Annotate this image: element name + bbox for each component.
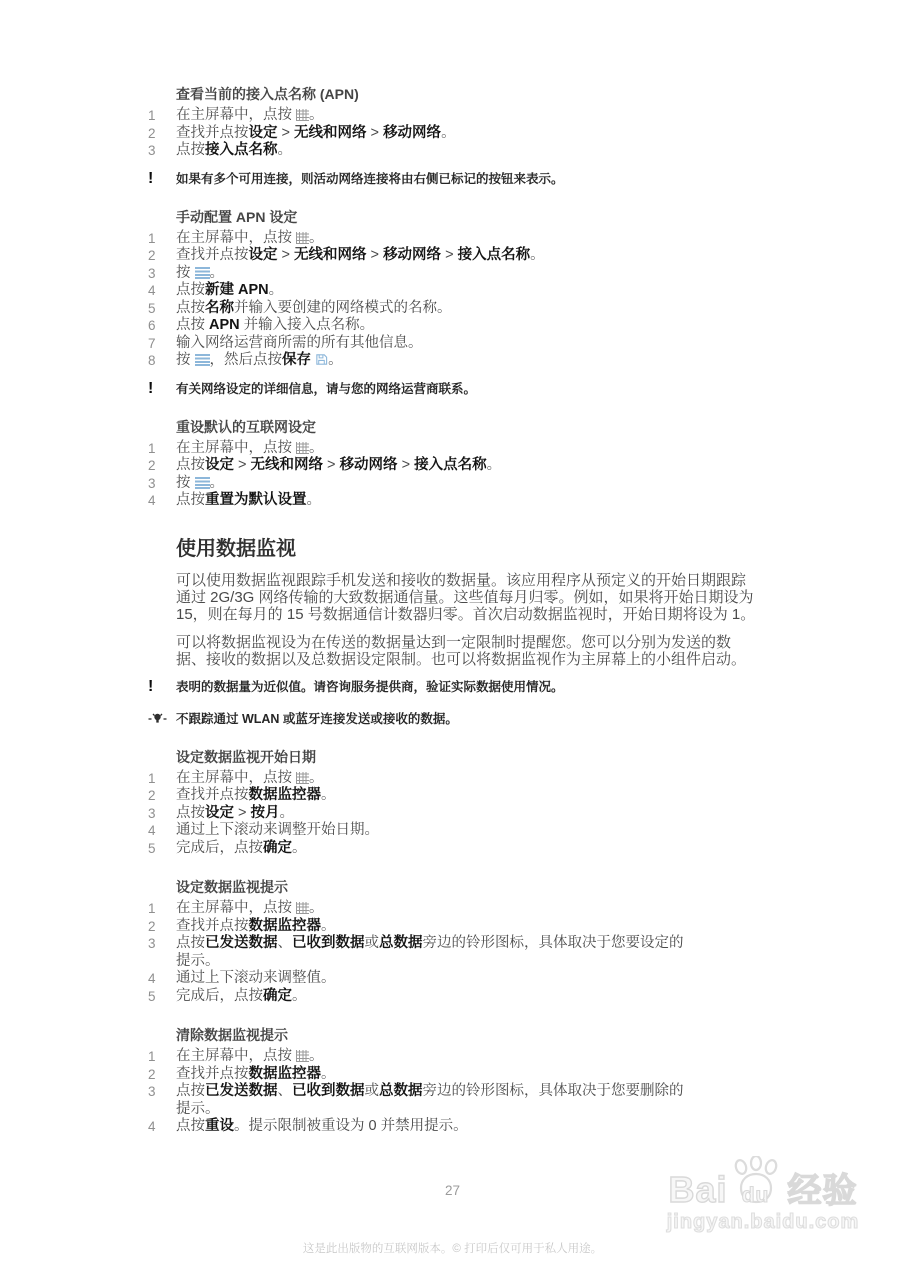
step-text: 按 ，然后点按保存 。 <box>176 352 691 370</box>
step-text-segment: 查找并点按 <box>176 247 249 263</box>
step-text-segment: 完成后，点按 <box>176 840 263 856</box>
step-text-segment: 。 <box>309 440 324 456</box>
section-heading: 使用数据监视 <box>176 537 905 561</box>
step-item: 5完成后，点按确定。 <box>148 840 905 858</box>
step-text-segment: 。 <box>280 805 295 821</box>
step-text-segment: 通过上下滚动来调整开始日期。 <box>176 822 379 838</box>
step-text-segment: 点按 <box>176 805 205 821</box>
step-text-segment: 、 <box>278 1083 293 1099</box>
apps-grid-icon <box>296 770 309 788</box>
step-text: 查找并点按设定 > 无线和网络 > 移动网络。 <box>176 125 691 143</box>
step-number: 4 <box>148 822 176 840</box>
bold-text: 总数据 <box>379 1083 423 1099</box>
step-text-segment: > <box>323 457 340 473</box>
step-item: 3按 。 <box>148 265 905 283</box>
bold-text: 接入点名称 <box>458 247 531 263</box>
step-item: 5点按名称并输入要创建的网络模式的名称。 <box>148 300 905 318</box>
step-text-segment: 在主屏幕中，点按 <box>176 230 296 246</box>
step-text: 点按重设。提示限制被重设为 0 并禁用提示。 <box>176 1118 691 1136</box>
step-text-segment: > <box>234 457 251 473</box>
step-item: 7输入网络运营商所需的所有其他信息。 <box>148 335 905 353</box>
bold-text: 移动网络 <box>383 125 441 141</box>
procedure-section: 重设默认的互联网设定1在主屏幕中，点按 。2点按设定 > 无线和网络 > 移动网… <box>148 419 905 510</box>
exclamation-icon: ! <box>148 171 176 187</box>
step-item: 2点按设定 > 无线和网络 > 移动网络 > 接入点名称。 <box>148 457 905 475</box>
step-text-segment: 并输入接入点名称。 <box>240 317 375 333</box>
bold-text: 重置为默认设置 <box>205 492 307 508</box>
step-text-segment: 按 <box>176 352 195 368</box>
menu-icon <box>195 352 210 370</box>
step-text-segment: ，然后点按 <box>210 352 283 368</box>
step-text-segment: 点按 <box>176 300 205 316</box>
step-item: 3点按已发送数据、已收到数据或总数据旁边的铃形图标，具体取决于您要设定的提示。 <box>148 935 905 970</box>
bold-text: 已发送数据 <box>205 1083 278 1099</box>
step-text: 点按 APN 并输入接入点名称。 <box>176 317 691 335</box>
bold-text: 已收到数据 <box>292 1083 365 1099</box>
step-number: 5 <box>148 988 176 1006</box>
step-text: 在主屏幕中，点按 。 <box>176 900 691 918</box>
step-number: 3 <box>148 475 176 493</box>
step-text-segment: 。 <box>309 107 324 123</box>
step-number: 1 <box>148 107 176 125</box>
apps-grid-icon <box>296 900 309 918</box>
step-text-segment: 按 <box>176 265 195 281</box>
step-item: 1在主屏幕中，点按 。 <box>148 440 905 458</box>
save-icon <box>315 352 328 370</box>
bold-text: 名称 <box>205 300 234 316</box>
step-text-segment: 点按 <box>176 317 209 333</box>
body-paragraph: 可以将数据监视设为在传送的数据量达到一定限制时提醒您。您可以分别为发送的数据、接… <box>176 634 758 668</box>
step-text-segment: 。 <box>210 265 225 281</box>
step-text: 输入网络运营商所需的所有其他信息。 <box>176 335 691 353</box>
step-text: 按 。 <box>176 475 691 493</box>
callout-text: 表明的数据量为近似值。请咨询服务提供商，验证实际数据使用情况。 <box>176 679 736 695</box>
step-text-segment: 点按 <box>176 935 205 951</box>
step-text: 点按已发送数据、已收到数据或总数据旁边的铃形图标，具体取决于您要删除的提示。 <box>176 1083 691 1118</box>
step-number: 4 <box>148 970 176 988</box>
bold-text: APN <box>209 317 240 333</box>
step-text-segment: 点按 <box>176 1118 205 1134</box>
step-text-segment: 。 <box>309 900 324 916</box>
step-number: 7 <box>148 335 176 353</box>
step-text-segment: 或 <box>365 1083 380 1099</box>
procedure-section: 手动配置 APN 设定1在主屏幕中，点按 。2查找并点按设定 > 无线和网络 >… <box>148 209 905 397</box>
page-content: 查看当前的接入点名称 (APN)1在主屏幕中，点按 。2查找并点按设定 > 无线… <box>0 0 905 1136</box>
step-text: 通过上下滚动来调整开始日期。 <box>176 822 691 840</box>
step-text: 点按已发送数据、已收到数据或总数据旁边的铃形图标，具体取决于您要设定的提示。 <box>176 935 691 970</box>
step-text: 通过上下滚动来调整值。 <box>176 970 691 988</box>
step-number: 4 <box>148 282 176 300</box>
bold-text: 已发送数据 <box>205 935 278 951</box>
watermark-url: jingyan.baidu.com <box>625 1211 901 1234</box>
procedure-section: 清除数据监视提示1在主屏幕中，点按 。2查找并点按数据监控器。3点按已发送数据、… <box>148 1027 905 1136</box>
step-item: 1在主屏幕中，点按 。 <box>148 1048 905 1066</box>
paw-icon: du <box>728 1156 784 1208</box>
step-number: 2 <box>148 125 176 143</box>
step-number: 2 <box>148 918 176 936</box>
step-text-segment: 。 <box>292 840 307 856</box>
note-callout: !表明的数据量为近似值。请咨询服务提供商，验证实际数据使用情况。 <box>148 679 905 695</box>
watermark-brand: Bai du 经验 <box>625 1156 901 1208</box>
bold-text: 保存 <box>282 352 311 368</box>
bold-text: 数据监控器 <box>249 1066 322 1082</box>
step-text-segment: > <box>278 125 295 141</box>
callout-text: 不跟踪通过 WLAN 或蓝牙连接发送或接收的数据。 <box>176 711 736 727</box>
step-item: 4点按新建 APN。 <box>148 282 905 300</box>
step-text: 点按接入点名称。 <box>176 142 691 160</box>
step-text-segment: 。 <box>309 230 324 246</box>
step-text-segment: 在主屏幕中，点按 <box>176 1048 296 1064</box>
step-number: 3 <box>148 265 176 283</box>
step-text-segment: 查找并点按 <box>176 1066 249 1082</box>
step-text-segment: 点按 <box>176 457 205 473</box>
step-number: 2 <box>148 1066 176 1084</box>
step-text: 查找并点按数据监控器。 <box>176 1066 691 1084</box>
step-text-segment: 点按 <box>176 492 205 508</box>
step-number: 1 <box>148 230 176 248</box>
step-item: 1在主屏幕中，点按 。 <box>148 770 905 788</box>
bold-text: 已收到数据 <box>292 935 365 951</box>
bold-text: 总数据 <box>379 935 423 951</box>
step-text: 点按重置为默认设置。 <box>176 492 691 510</box>
step-item: 2查找并点按设定 > 无线和网络 > 移动网络。 <box>148 125 905 143</box>
step-item: 2查找并点按数据监控器。 <box>148 918 905 936</box>
step-text: 按 。 <box>176 265 691 283</box>
step-text-segment: 在主屏幕中，点按 <box>176 107 296 123</box>
step-text-segment: 完成后，点按 <box>176 988 263 1004</box>
step-text-segment: 并输入要创建的网络模式的名称。 <box>234 300 452 316</box>
step-text: 点按名称并输入要创建的网络模式的名称。 <box>176 300 691 318</box>
step-text-segment: 。 <box>309 770 324 786</box>
step-text: 在主屏幕中，点按 。 <box>176 230 691 248</box>
step-text-segment: 。 <box>269 282 284 298</box>
apps-grid-icon <box>296 107 309 125</box>
step-text-segment: 在主屏幕中，点按 <box>176 770 296 786</box>
step-text: 查找并点按设定 > 无线和网络 > 移动网络 > 接入点名称。 <box>176 247 691 265</box>
step-text-segment: > <box>367 247 384 263</box>
apps-grid-icon <box>296 230 309 248</box>
menu-icon <box>195 265 210 283</box>
exclamation-icon: ! <box>148 381 176 397</box>
step-text-segment: 查找并点按 <box>176 125 249 141</box>
bold-text: 新建 APN <box>205 282 269 298</box>
step-item: 3点按已发送数据、已收到数据或总数据旁边的铃形图标，具体取决于您要删除的提示。 <box>148 1083 905 1118</box>
procedure-title: 重设默认的互联网设定 <box>176 419 905 436</box>
step-number: 3 <box>148 1083 176 1118</box>
note-callout: !有关网络设定的详细信息，请与您的网络运营商联系。 <box>148 381 905 397</box>
step-text-segment: 或 <box>365 935 380 951</box>
apps-grid-icon <box>296 1048 309 1066</box>
procedure-title: 查看当前的接入点名称 (APN) <box>176 86 905 103</box>
step-number: 3 <box>148 805 176 823</box>
apps-grid-icon <box>296 440 309 458</box>
procedure-title: 手动配置 APN 设定 <box>176 209 905 226</box>
step-text-segment: > <box>278 247 295 263</box>
step-text: 点按设定 > 按月。 <box>176 805 691 823</box>
bold-text: 数据监控器 <box>249 918 322 934</box>
step-text-segment: > <box>367 125 384 141</box>
step-number: 5 <box>148 300 176 318</box>
bold-text: 按月 <box>251 805 280 821</box>
callout-text: 有关网络设定的详细信息，请与您的网络运营商联系。 <box>176 381 736 397</box>
step-item: 3点按接入点名称。 <box>148 142 905 160</box>
procedure-title: 清除数据监视提示 <box>176 1027 905 1044</box>
step-item: 2查找并点按数据监控器。 <box>148 787 905 805</box>
exclamation-icon: ! <box>148 679 176 695</box>
watermark-text-bai: Bai <box>668 1172 727 1208</box>
step-text: 点按新建 APN。 <box>176 282 691 300</box>
bold-text: 数据监控器 <box>249 787 322 803</box>
step-item: 4点按重设。提示限制被重设为 0 并禁用提示。 <box>148 1118 905 1136</box>
step-number: 3 <box>148 935 176 970</box>
procedure-title: 设定数据监视开始日期 <box>176 749 905 766</box>
step-text-segment: 查找并点按 <box>176 787 249 803</box>
step-text-segment: 、 <box>278 935 293 951</box>
step-text-segment: 。 <box>530 247 545 263</box>
step-text: 完成后，点按确定。 <box>176 988 691 1006</box>
step-item: 1在主屏幕中，点按 。 <box>148 900 905 918</box>
tip-callout: 不跟踪通过 WLAN 或蓝牙连接发送或接收的数据。 <box>148 711 905 727</box>
step-item: 5完成后，点按确定。 <box>148 988 905 1006</box>
bold-text: 设定 <box>249 125 278 141</box>
step-text-segment: 点按 <box>176 282 205 298</box>
step-text-segment: 。 <box>210 475 225 491</box>
watermark-text-du: du <box>742 1185 770 1206</box>
copyright-line: 这是此出版物的互联网版本。© 打印后仅可用于私人用途。 <box>0 1240 905 1256</box>
lightbulb-icon <box>148 711 176 727</box>
step-text-segment: > <box>441 247 458 263</box>
step-text: 在主屏幕中，点按 。 <box>176 107 691 125</box>
procedure-section: 查看当前的接入点名称 (APN)1在主屏幕中，点按 。2查找并点按设定 > 无线… <box>148 86 905 187</box>
step-text-segment: 。 <box>278 142 293 158</box>
step-text-segment: 。 <box>321 1066 336 1082</box>
bold-text: 重设 <box>205 1118 234 1134</box>
step-number: 4 <box>148 1118 176 1136</box>
step-text: 完成后，点按确定。 <box>176 840 691 858</box>
baidu-jingyan-watermark: Bai du 经验 jingyan.baidu.com <box>625 1156 901 1234</box>
bold-text: 确定 <box>263 840 292 856</box>
step-number: 4 <box>148 492 176 510</box>
step-item: 3点按设定 > 按月。 <box>148 805 905 823</box>
step-text: 在主屏幕中，点按 。 <box>176 440 691 458</box>
step-text: 点按设定 > 无线和网络 > 移动网络 > 接入点名称。 <box>176 457 691 475</box>
step-text-segment: 在主屏幕中，点按 <box>176 900 296 916</box>
step-number: 2 <box>148 457 176 475</box>
step-number: 2 <box>148 247 176 265</box>
step-item: 4通过上下滚动来调整开始日期。 <box>148 822 905 840</box>
bold-text: 设定 <box>249 247 278 263</box>
manual-page: 查看当前的接入点名称 (APN)1在主屏幕中，点按 。2查找并点按设定 > 无线… <box>0 0 905 1280</box>
step-text-segment: 。 <box>328 352 343 368</box>
bold-text: 无线和网络 <box>294 125 367 141</box>
step-item: 2查找并点按数据监控器。 <box>148 1066 905 1084</box>
step-text-segment: > <box>398 457 415 473</box>
step-item: 8按 ，然后点按保存 。 <box>148 352 905 370</box>
callout-text: 如果有多个可用连接，则活动网络连接将由右侧已标记的按钮来表示。 <box>176 171 736 187</box>
step-number: 1 <box>148 900 176 918</box>
step-text-segment: 输入网络运营商所需的所有其他信息。 <box>176 335 423 351</box>
step-text-segment: 。 <box>309 1048 324 1064</box>
bold-text: 移动网络 <box>340 457 398 473</box>
bold-text: 接入点名称 <box>205 142 278 158</box>
step-number: 1 <box>148 1048 176 1066</box>
step-text-segment: 。 <box>487 457 502 473</box>
step-text-segment: 。 <box>292 988 307 1004</box>
step-item: 1在主屏幕中，点按 。 <box>148 107 905 125</box>
step-item: 4通过上下滚动来调整值。 <box>148 970 905 988</box>
step-number: 5 <box>148 840 176 858</box>
bold-text: 无线和网络 <box>294 247 367 263</box>
bold-text: 移动网络 <box>383 247 441 263</box>
step-text-segment: 。 <box>441 125 456 141</box>
procedure-title: 设定数据监视提示 <box>176 879 905 896</box>
step-text-segment: 。 <box>321 787 336 803</box>
step-text-segment: 点按 <box>176 1083 205 1099</box>
step-number: 8 <box>148 352 176 370</box>
step-text-segment: 。 <box>321 918 336 934</box>
bold-text: 确定 <box>263 988 292 1004</box>
bold-text: 设定 <box>205 457 234 473</box>
step-text: 在主屏幕中，点按 。 <box>176 770 691 788</box>
step-item: 2查找并点按设定 > 无线和网络 > 移动网络 > 接入点名称。 <box>148 247 905 265</box>
watermark-text-jingyan: 经验 <box>788 1174 858 1208</box>
bold-text: 无线和网络 <box>251 457 324 473</box>
step-text: 查找并点按数据监控器。 <box>176 918 691 936</box>
step-number: 3 <box>148 142 176 160</box>
step-number: 1 <box>148 770 176 788</box>
step-text-segment: > <box>234 805 251 821</box>
step-item: 1在主屏幕中，点按 。 <box>148 230 905 248</box>
step-item: 3按 。 <box>148 475 905 493</box>
body-paragraph: 可以使用数据监视跟踪手机发送和接收的数据量。该应用程序从预定义的开始日期跟踪通过… <box>176 572 758 623</box>
step-number: 2 <box>148 787 176 805</box>
step-number: 6 <box>148 317 176 335</box>
procedure-section: 设定数据监视开始日期1在主屏幕中，点按 。2查找并点按数据监控器。3点按设定 >… <box>148 749 905 858</box>
step-text-segment: 。 <box>307 492 322 508</box>
step-number: 1 <box>148 440 176 458</box>
bold-text: 接入点名称 <box>414 457 487 473</box>
step-text-segment: 通过上下滚动来调整值。 <box>176 970 336 986</box>
step-text: 在主屏幕中，点按 。 <box>176 1048 691 1066</box>
bold-text: 设定 <box>205 805 234 821</box>
step-text-segment: 点按 <box>176 142 205 158</box>
step-text-segment: 。提示限制被重设为 0 并禁用提示。 <box>234 1118 468 1134</box>
procedure-section: 设定数据监视提示1在主屏幕中，点按 。2查找并点按数据监控器。3点按已发送数据、… <box>148 879 905 1005</box>
step-text-segment: 查找并点按 <box>176 918 249 934</box>
menu-icon <box>195 475 210 493</box>
step-text-segment: 在主屏幕中，点按 <box>176 440 296 456</box>
note-callout: !如果有多个可用连接，则活动网络连接将由右侧已标记的按钮来表示。 <box>148 171 905 187</box>
step-item: 4点按重置为默认设置。 <box>148 492 905 510</box>
step-text-segment: 按 <box>176 475 195 491</box>
step-text: 查找并点按数据监控器。 <box>176 787 691 805</box>
step-item: 6点按 APN 并输入接入点名称。 <box>148 317 905 335</box>
